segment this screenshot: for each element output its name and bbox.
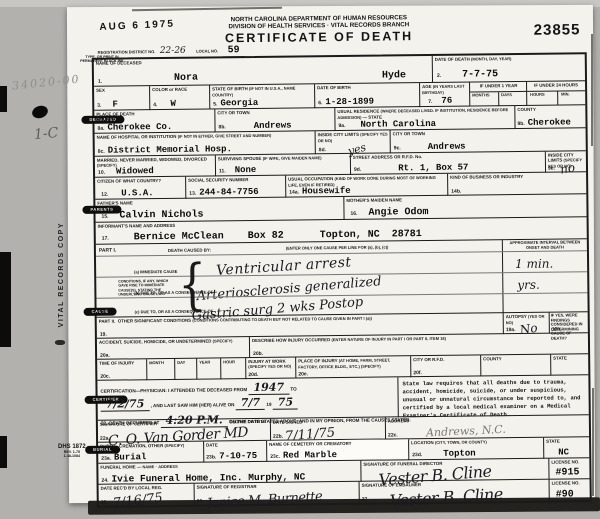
funeral-director-license-label: LICENSE NO. [549,458,589,465]
funeral-home-label: FUNERAL HOME — NAME · ADDRESS [98,461,360,471]
attended-to-value: 7/2/75 [101,397,150,412]
burial-date-value: 7-10-75 [219,452,257,461]
field-sex-label: SEX [94,86,149,93]
field-cemetery: NAME OF CEMETERY OR CREMATORY 23c.Red Ma… [266,439,409,462]
field-date-of-birth: DATE OF BIRTH 6.1-28-1899 [314,83,420,108]
field-embalmer-signature: SIGNATURE OF EMBALMER 27. Vester B. Clin… [359,480,550,504]
accident-label: ACCIDENT, SUICIDE, HOMICIDE, OR UNDETERM… [97,337,249,345]
field-death-city: CITY OR TOWN 8b.Andrews [214,108,335,132]
field-funeral-director-license: LICENSE NO. #915 [548,458,589,479]
embalmer-num: 27. [362,497,369,503]
field-business-label: KIND OF BUSINESS OR INDUSTRY [448,172,586,180]
field-marital-status: MARRIED, NEVER MARRIED, WIDOWED, DIVORCE… [95,155,215,177]
field-registrar-signature: SIGNATURE OF REGISTRAR 26. Janice M. Bur… [194,482,360,506]
place-of-injury-label: PLACE OF INJURY (AT HOME, FARM, STREET, … [296,356,411,369]
certification-19: 19 [266,402,271,407]
field-date-of-death: DATE OF DEATH (MONTH, DAY, YEAR) 2. 7-7-… [432,54,585,82]
field-residence-city-label: CITY OR TOWN [391,128,586,136]
date-signed-label: DATE SIGNED [271,418,386,425]
row-certification: CERTIFICATION—PHYSICIAN: I ATTENDED THE … [97,374,588,421]
field-under1-label: IF UNDER 1 YEAR [470,82,527,89]
cause-brace: { [178,258,207,313]
registrar-signature-label: SIGNATURE OF REGISTRAR [195,482,360,490]
field-injury-city: CITY OR R.F.D. 20f. [410,355,481,377]
field-injury-county: COUNTY [480,355,551,377]
vital-records-copy-label: VITAL RECORDS COPY [58,222,65,327]
year-label: YEAR [199,360,210,365]
field-embalmer-license: LICENSE NO. #90 [549,479,590,501]
field-residence-county: COUNTY 9b.Cherokee [514,105,585,129]
injury-state-label: STATE [551,354,588,361]
field-place-of-injury: PLACE OF INJURY (AT HOME, FARM, STREET, … [295,356,411,378]
burial-label: BURIAL, CREMATION, OTHER (SPECIFY) [98,442,203,450]
month-label: MONTH [149,361,164,366]
scan-right-edge-line [591,34,593,146]
funeral-director-license-value: #915 [555,468,579,478]
field-last-name-value: Hyde [382,71,406,81]
field-autopsy: AUTOPSY (YES OR NO) 19a. No [503,313,550,335]
field-spouse-value: None [235,166,257,175]
field-state-of-birth-value: Georgia [220,99,258,108]
row-registrar: DATE REC'D BY LOCAL REG. 25. 7/16/75 SIG… [99,478,590,507]
field-age-label: AGE (IN YEARS LAST BIRTHDAY) [420,83,470,96]
injury-city-label: CITY OR R.F.D. [411,355,481,362]
field-inside-city-limits-death: INSIDE CITY LIMITS (SPECIFY YES OR NO) 8… [315,130,391,154]
day-label: DAY [177,361,185,366]
field-age: AGE (IN YEARS LAST BIRTHDAY) 7.76 [419,83,470,108]
how-injury-label: DESCRIBE HOW INJURY OCCURRED (ENTER NATU… [250,333,588,343]
cause-b-interval-value: yrs. [517,278,540,292]
field-autopsy-findings: IF YES, WERE FINDINGS CONSIDERED IN DETE… [549,312,588,333]
certificate-serial-number: 23855 [534,21,581,39]
field-inside-city-limits-res: INSIDE CITY LIMITS (SPECIFY YES OR NO) 9… [545,151,586,172]
time-of-injury-label: TIME OF INJURY [97,359,145,366]
injury-county-label: COUNTY [481,355,551,362]
cause-a-interval-value: 1 min. [515,257,553,271]
field-ssn: SOCIAL SECURITY NUMBER 13.244-84-7756 [185,176,286,199]
certification-text3: , AND LAST SAW HIM (HER) ALIVE ON [151,403,235,409]
field-days-label: DAYS [501,93,512,98]
field-surviving-spouse: SURVIVING SPOUSE (IF WIFE, GIVE MAIDEN N… [215,154,351,177]
certificate-title: CERTIFICATE OF DEATH [171,29,466,46]
field-residence-county-label: COUNTY [515,105,585,112]
field-race: COLOR or RACE 4.W [149,85,210,110]
form-grid: DECEASED PARENTS CAUSE CERTIFIER BURIAL … [92,52,592,508]
cemetery-location-label: LOCATION (CITY, TOWN, OR COUNTY) [409,438,544,446]
degree-title-label: DEGREE OR TITLE [230,420,266,425]
field-citizen-label: CITIZEN OF WHAT COUNTRY? [95,177,185,184]
pencil-code: 1-C [33,125,59,143]
registrar-num: 26. [197,499,204,505]
field-date-signed: DATE SIGNED 22b. 7/11/75 [270,418,386,441]
medical-examiner-law-box: State law requires that all deaths due t… [397,375,588,417]
field-death-county-label: PLACE OF DEATHCOUNTY [94,109,214,122]
received-date-stamp: AUG 6 1975 [99,19,175,33]
scan-left-black-segment1 [0,86,7,112]
field-name-label: NAME OF DECEASED [94,56,432,66]
field-residence-state: USUAL RESIDENCE (WHERE DECEASED LIVED. I… [334,106,515,131]
local-number-label: LOCAL NO. [196,48,218,53]
form-number-block: DHS 1872 REV. 1-75 1-48-1084 [58,444,86,459]
field-name-num: 1. [98,79,102,85]
scan-left-black-segment3 [0,436,7,468]
field-state-of-birth: STATE OF BIRTH (IF NOT IN U.S.A., NAME C… [209,84,315,109]
form-code: 1-48-1084 [58,454,86,458]
field-under24-label: IF UNDER 24 HOURS [527,81,585,88]
burial-date-label: DATE [204,441,267,448]
field-death-city-value: Andrews [254,122,292,131]
field-under-1-year: IF UNDER 1 YEAR MONTHS DAYS [469,82,527,107]
field-date-received: DATE REC'D BY LOCAL REG. 25. 7/16/75 [99,484,194,507]
attended-from-value: 1947 [248,381,289,395]
field-dod-label: DATE OF DEATH (MONTH, DAY, YEAR) [433,54,585,62]
embalmer-license-label: LICENSE NO. [550,479,590,486]
part1-label: PART I. [99,248,116,254]
field-dob-label: DATE OF BIRTH [315,83,420,90]
field-sex: SEX 3.F [94,86,149,111]
field-cemetery-state: STATE NC [543,437,589,459]
field-dod-value: 7-7-75 [462,70,498,80]
cemetery-label: NAME OF CEMETERY OR CREMATORY [267,439,409,447]
last-alive-value: 7/7 [236,396,265,410]
hole-punch [31,104,50,120]
field-hospital-label: NAME OF HOSPITAL OR INSTITUTION (IF NOT … [95,131,315,140]
cause-a-label: (a) IMMEDIATE CAUSE [134,270,177,275]
field-injury-state: STATE [550,354,588,375]
field-min-label: MIN. [561,92,570,97]
field-certification-statement: CERTIFICATION—PHYSICIAN: I ATTENDED THE … [97,377,397,420]
field-mother-value: Angie Odom [368,208,428,219]
cemetery-state-value: NC [558,448,569,457]
certificate-form: AUG 6 1975 REGISTRATION DISTRICT NO. 22-… [91,9,592,505]
field-marital-value: Widowed [116,167,154,176]
field-icl-label: INSIDE CITY LIMITS (SPECIFY YES OR NO) [316,130,391,143]
field-race-value: W [170,100,176,109]
conditions-note: CONDITIONS, IF ANY, WHICH GAVE RISE TO I… [118,279,176,298]
field-first-name-value: Nora [174,74,198,84]
registration-district-label: REGISTRATION DISTRICT NO. [98,49,156,55]
hour-label: HOUR [223,360,235,365]
field-citizen: CITIZEN OF WHAT COUNTRY? 12.U.S.A. [95,177,185,200]
field-months-label: MONTHS [472,93,489,98]
field-street-label: STREET ADDRESS OR R.F.D. No. [351,152,546,160]
field-state-of-birth-label: STATE OF BIRTH (IF NOT IN U.S.A., NAME C… [210,84,315,97]
field-age-value: 76 [441,97,452,106]
field-mother-label: MOTHER'S MAIDEN NAME [344,194,586,203]
field-burial-date: DATE 23b.7-10-75 [203,441,267,463]
field-burial-type: BURIAL, CREMATION, OTHER (SPECIFY) 23a.B… [98,442,203,464]
cause-c-interval-cell [502,293,587,313]
scan-left-black-segment2 [0,252,11,347]
registration-district-value: 22-26 [160,46,186,56]
field-father-label: FATHER'S NAME [95,197,343,206]
scanned-death-certificate: { "colors": {"paper":"#f4f2ec","backgrou… [0,0,600,519]
scan-smudge-mark [55,340,65,345]
field-ssn-label: SOCIAL SECURITY NUMBER [186,176,286,183]
last-alive-year-value: 75 [273,396,298,410]
embalmer-license-value: #90 [556,490,574,500]
scan-right-edge-line2 [592,388,594,496]
field-business: KIND OF BUSINESS OR INDUSTRY 14b. [447,172,586,196]
cemetery-state-label: STATE [544,437,589,444]
date-received-label: DATE REC'D BY LOCAL REG. [99,484,194,491]
field-under-24-hours: IF UNDER 24 HOURS HOURS MIN. [526,81,585,106]
cause-a-interval-cell: 1 min. [502,251,587,273]
cause-b-interval-cell: yrs. [502,272,587,294]
certification-text1: I ATTENDED THE DECEASED FROM [168,387,247,393]
field-death-county: PLACE OF DEATHCOUNTY 8a.Cherokee Co. [94,109,214,133]
field-spouse-label: SURVIVING SPOUSE (IF WIFE, GIVE MAIDEN N… [216,154,351,162]
form-title-block: NORTH CAROLINA DEPARTMENT OF HUMAN RESOU… [171,14,466,46]
burial-value: Burial [114,453,147,462]
injury-at-work-label: INJURY AT WORK (SPECIFY YES OR NO) [246,358,296,370]
field-citizen-value: U.S.A. [121,189,154,198]
field-hours-label: HOURS [530,93,545,98]
certification-to-label: TO [290,387,296,392]
date-received-num: 25. [101,500,108,506]
cemetery-location-value: Topton [443,449,476,458]
certifier-address-label: ADDRESS [386,415,589,423]
field-residence-city-value: Andrews [428,143,466,152]
field-name-of-deceased: NAME OF DECEASED 1. Nora Hyde [94,56,432,86]
field-sex-value: F [112,101,118,110]
certification-lead: CERTIFICATION—PHYSICIAN: [100,388,166,394]
field-injury-at-work: INJURY AT WORK (SPECIFY YES OR NO) 20d. [245,358,296,380]
field-dod-num: 2. [437,73,441,79]
cause-section-num: 18. [100,310,107,316]
field-race-label: COLOR or RACE [150,85,210,92]
field-death-city-label: CITY OR TOWN [215,108,335,116]
one-cause-note: (ENTER ONLY ONE CAUSE PER LINE FOR (a), … [286,245,388,251]
field-cemetery-location: LOCATION (CITY, TOWN, OR COUNTY) 23d.Top… [408,438,544,461]
field-occupation: USUAL OCCUPATION (KIND OF WORK DONE DURI… [285,174,448,198]
